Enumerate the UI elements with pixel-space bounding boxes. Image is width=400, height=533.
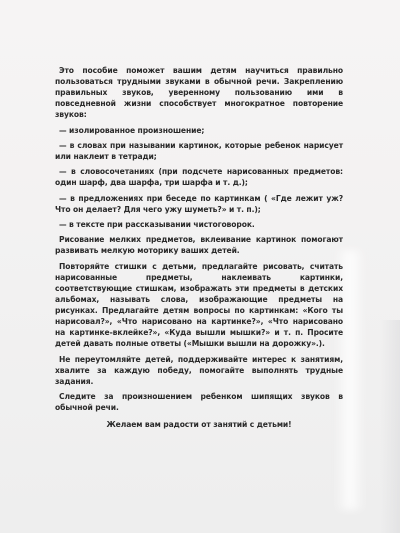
list-item-phrases: — в словосочетаниях (при подсчете нарисо…	[55, 166, 343, 188]
pronunciation-paragraph: Следите за произношением ребенком шипящи…	[55, 391, 343, 413]
book-page-text: Это пособие поможет вашим детям научитьс…	[55, 65, 343, 435]
intro-paragraph: Это пособие поможет вашим детям научитьс…	[55, 65, 343, 120]
dont-overtire-paragraph: Не переутомляйте детей, поддерживайте ин…	[55, 354, 343, 387]
closing-wish: Желаем вам радости от занятий с детьми!	[55, 419, 343, 430]
list-item-sentences: — в предложениях при беседе по картинкам…	[55, 193, 343, 215]
list-item-text: — в тексте при рассказывании чистоговоро…	[55, 219, 343, 230]
page-edge-shadow	[380, 320, 400, 533]
list-item-words: — в словах при назывании картинок, котор…	[55, 140, 343, 162]
repeat-poems-paragraph: Повторяйте стишки с детьми, предлагайте …	[55, 261, 343, 350]
motor-skills-paragraph: Рисование мелких предметов, вклеивание к…	[55, 234, 343, 256]
list-item-isolated: — изолированное произношение;	[55, 125, 343, 136]
